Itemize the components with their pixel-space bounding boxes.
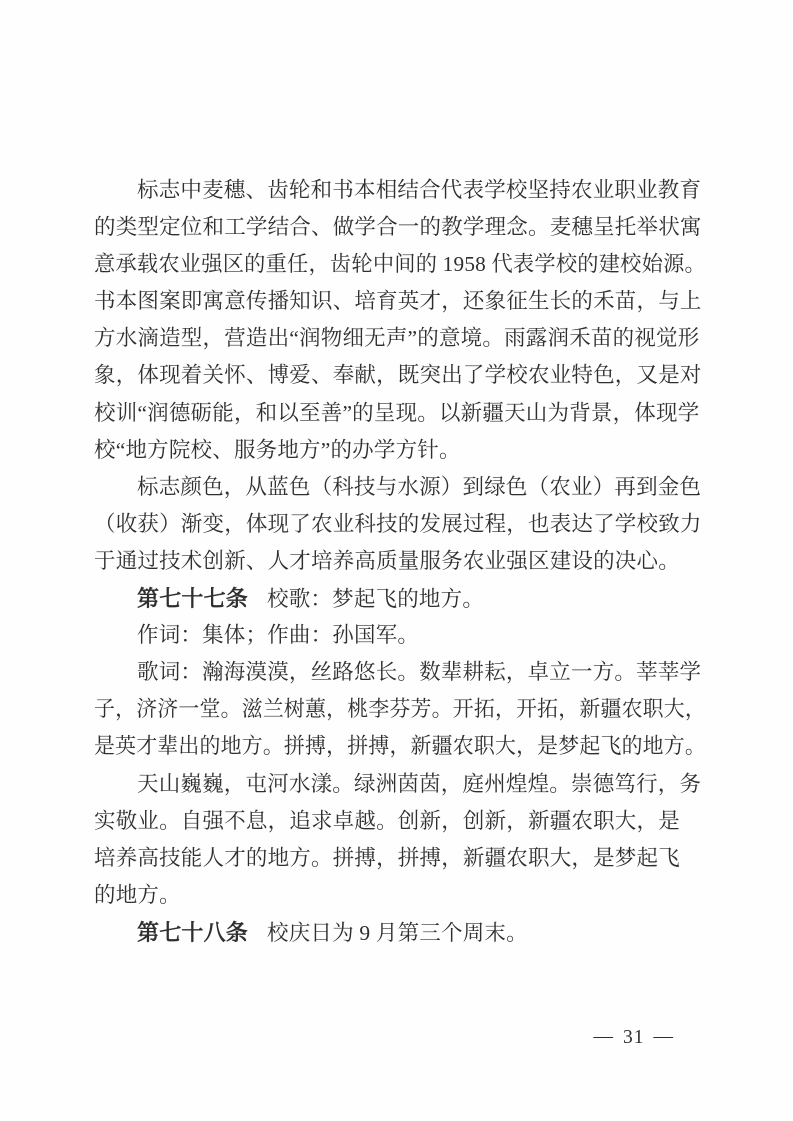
text-line: 的地方。 <box>94 877 706 914</box>
page-footer: —31— <box>585 1027 684 1049</box>
scanned-document-page: 标志中麦穗、齿轮和书本相结合代表学校坚持农业职业教育的类型定位和工学结合、做学合… <box>0 0 793 1121</box>
line-text: 校庆日为 9 月第三个周末。 <box>267 921 528 945</box>
line-text: 书本图案即寓意传播知识、培育英才，还象征生长的禾苗，与上 <box>94 289 702 313</box>
text-line-content: 是英才辈出的地方。拼搏，拼搏，新疆农职大，是梦起飞的地方。 <box>94 728 706 765</box>
text-line: 的类型定位和工学结合、做学合一的教学理念。麦穗呈托举状寓 <box>94 209 706 246</box>
text-line: 书本图案即寓意传播知识、培育英才，还象征生长的禾苗，与上 <box>94 283 706 320</box>
line-text: 子，济济一堂。滋兰树蕙，桃李芬芳。开拓，开拓，新疆农职大， <box>94 697 706 721</box>
line-text: 作词：集体；作曲：孙国军。 <box>137 623 419 647</box>
text-line-content: 标志中麦穗、齿轮和书本相结合代表学校坚持农业职业教育 <box>137 172 701 209</box>
line-text: 于通过技术创新、人才培养高质量服务农业强区建设的决心。 <box>94 549 680 573</box>
text-line-content: 标志颜色，从蓝色（科技与水源）到绿色（农业）再到金色 <box>137 469 701 506</box>
line-text: 象，体现着关怀、博爱、奉献，既突出了学校农业特色，又是对 <box>94 363 702 387</box>
line-text: 校“地方院校、服务地方”的办学方针。 <box>94 438 461 462</box>
line-text: 的类型定位和工学结合、做学合一的教学理念。麦穗呈托举状寓 <box>94 215 702 239</box>
text-line-content: 意承载农业强区的重任，齿轮中间的 1958 代表学校的建校始源。 <box>94 246 706 283</box>
line-text: 意承载农业强区的重任，齿轮中间的 1958 代表学校的建校始源。 <box>94 252 706 276</box>
article-number: 第七十七条 <box>137 586 248 611</box>
text-line-content: （收获）渐变，体现了农业科技的发展过程，也表达了学校致力 <box>94 506 702 543</box>
text-line-content: 于通过技术创新、人才培养高质量服务农业强区建设的决心。 <box>94 543 680 580</box>
line-text: 方水滴造型，营造出“润物细无声”的意境。雨露润禾苗的视觉形 <box>94 326 699 350</box>
line-text: 实敬业。自强不息，追求卓越。创新，创新，新疆农职大，是 <box>94 809 680 833</box>
text-line: 培养高技能人才的地方。拼搏，拼搏，新疆农职大，是梦起飞 <box>94 840 706 877</box>
text-line-content: 实敬业。自强不息，追求卓越。创新，创新，新疆农职大，是 <box>94 803 680 840</box>
line-text: 校训“润德砺能，和以至善”的呈现。以新疆天山为背景，体现学 <box>94 401 699 425</box>
line-text: 培养高技能人才的地方。拼搏，拼搏，新疆农职大，是梦起飞 <box>94 846 680 870</box>
text-line: 第七十八条校庆日为 9 月第三个周末。 <box>94 914 706 951</box>
text-line: 于通过技术创新、人才培养高质量服务农业强区建设的决心。 <box>94 543 706 580</box>
footer-right-dash: — <box>654 1026 675 1048</box>
line-text: 天山巍巍，屯河水漾。绿洲茵茵，庭州煌煌。崇德笃行，务 <box>137 772 701 796</box>
text-line: 歌词：瀚海漠漠，丝路悠长。数辈耕耘，卓立一方。莘莘学 <box>94 654 706 691</box>
text-line-content: 书本图案即寓意传播知识、培育英才，还象征生长的禾苗，与上 <box>94 283 702 320</box>
text-line-content: 的地方。 <box>94 877 181 914</box>
text-line-content: 子，济济一堂。滋兰树蕙，桃李芬芳。开拓，开拓，新疆农职大， <box>94 691 706 728</box>
text-line-content: 校“地方院校、服务地方”的办学方针。 <box>94 432 461 469</box>
text-line: 天山巍巍，屯河水漾。绿洲茵茵，庭州煌煌。崇德笃行，务 <box>94 766 706 803</box>
text-line-content: 第七十八条校庆日为 9 月第三个周末。 <box>137 914 528 952</box>
document-lines: 标志中麦穗、齿轮和书本相结合代表学校坚持农业职业教育的类型定位和工学结合、做学合… <box>94 172 706 951</box>
text-line: 校“地方院校、服务地方”的办学方针。 <box>94 432 706 469</box>
text-line: 标志颜色，从蓝色（科技与水源）到绿色（农业）再到金色 <box>94 469 706 506</box>
article-number: 第七十八条 <box>137 920 248 945</box>
text-line: 标志中麦穗、齿轮和书本相结合代表学校坚持农业职业教育 <box>94 172 706 209</box>
line-text: （收获）渐变，体现了农业科技的发展过程，也表达了学校致力 <box>94 512 702 536</box>
text-line-content: 第七十七条校歌：梦起飞的地方。 <box>137 580 484 618</box>
text-line: 第七十七条校歌：梦起飞的地方。 <box>94 580 706 617</box>
line-text: 标志颜色，从蓝色（科技与水源）到绿色（农业）再到金色 <box>137 475 701 499</box>
line-text: 标志中麦穗、齿轮和书本相结合代表学校坚持农业职业教育 <box>137 178 701 202</box>
line-text: 是英才辈出的地方。拼搏，拼搏，新疆农职大，是梦起飞的地方。 <box>94 734 706 758</box>
text-line: （收获）渐变，体现了农业科技的发展过程，也表达了学校致力 <box>94 506 706 543</box>
text-line: 实敬业。自强不息，追求卓越。创新，创新，新疆农职大，是 <box>94 803 706 840</box>
line-text: 歌词：瀚海漠漠，丝路悠长。数辈耕耘，卓立一方。莘莘学 <box>137 660 701 684</box>
text-line: 校训“润德砺能，和以至善”的呈现。以新疆天山为背景，体现学 <box>94 395 706 432</box>
text-line: 意承载农业强区的重任，齿轮中间的 1958 代表学校的建校始源。 <box>94 246 706 283</box>
text-line: 作词：集体；作曲：孙国军。 <box>94 617 706 654</box>
text-line-content: 方水滴造型，营造出“润物细无声”的意境。雨露润禾苗的视觉形 <box>94 320 699 357</box>
footer-left-dash: — <box>594 1026 615 1048</box>
text-line-content: 作词：集体；作曲：孙国军。 <box>137 617 419 654</box>
text-line: 象，体现着关怀、博爱、奉献，既突出了学校农业特色，又是对 <box>94 357 706 394</box>
text-line: 是英才辈出的地方。拼搏，拼搏，新疆农职大，是梦起飞的地方。 <box>94 728 706 765</box>
text-line-content: 的类型定位和工学结合、做学合一的教学理念。麦穗呈托举状寓 <box>94 209 702 246</box>
text-line: 子，济济一堂。滋兰树蕙，桃李芬芳。开拓，开拓，新疆农职大， <box>94 691 706 728</box>
text-line-content: 培养高技能人才的地方。拼搏，拼搏，新疆农职大，是梦起飞 <box>94 840 680 877</box>
text-line-content: 校训“润德砺能，和以至善”的呈现。以新疆天山为背景，体现学 <box>94 395 699 432</box>
page-number: 31 <box>623 1027 645 1048</box>
text-line-content: 歌词：瀚海漠漠，丝路悠长。数辈耕耘，卓立一方。莘莘学 <box>137 654 701 691</box>
text-line-content: 天山巍巍，屯河水漾。绿洲茵茵，庭州煌煌。崇德笃行，务 <box>137 766 701 803</box>
line-text: 校歌：梦起飞的地方。 <box>267 587 484 611</box>
line-text: 的地方。 <box>94 883 181 907</box>
text-line: 方水滴造型，营造出“润物细无声”的意境。雨露润禾苗的视觉形 <box>94 320 706 357</box>
text-line-content: 象，体现着关怀、博爱、奉献，既突出了学校农业特色，又是对 <box>94 357 702 394</box>
